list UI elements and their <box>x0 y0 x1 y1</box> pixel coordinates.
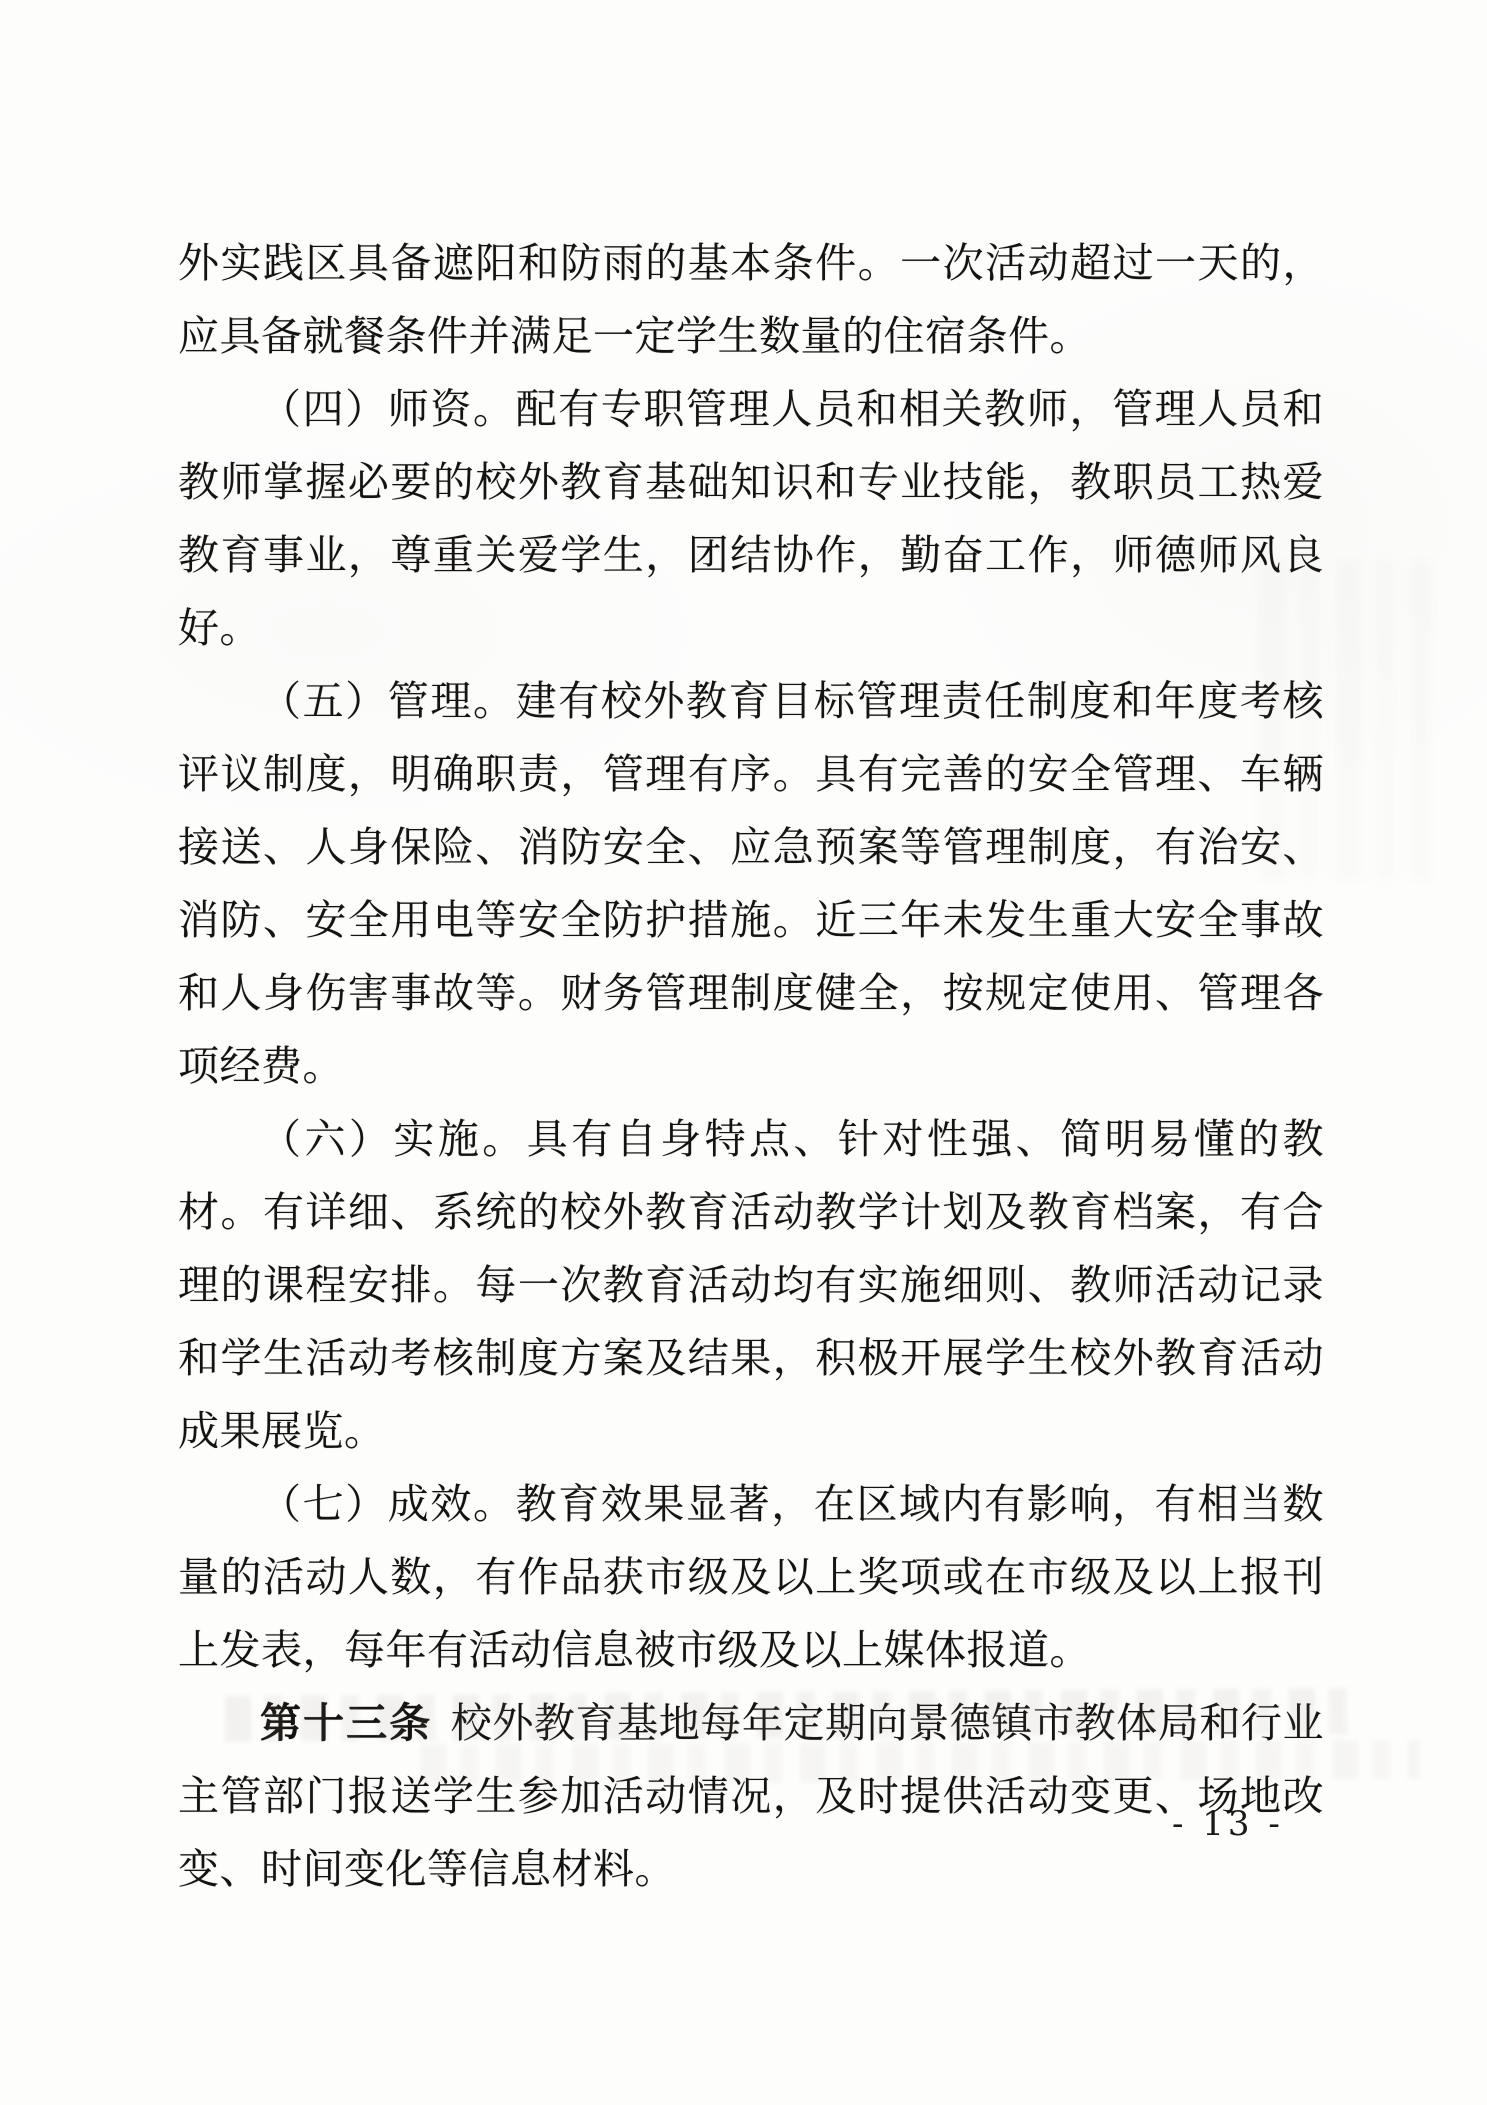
page-number: - 13 - <box>1172 1804 1284 1844</box>
paragraph-item-7-chengxiao: （七）成效。教育效果显著，在区域内有影响，有相当数量的活动人数，有作品获市级及以… <box>178 1468 1324 1687</box>
document-body: 外实践区具备遮阳和防雨的基本条件。一次活动超过一天的，应具备就餐条件并满足一定学… <box>178 227 1324 1906</box>
paragraph-item-4-shizi: （四）师资。配有专职管理人员和相关教师，管理人员和教师掌握必要的校外教育基础知识… <box>178 373 1324 665</box>
paragraph-item-6-shishi: （六）实施。具有自身特点、针对性强、简明易懂的教材。有详细、系统的校外教育活动教… <box>178 1103 1324 1468</box>
paragraph-continuation: 外实践区具备遮阳和防雨的基本条件。一次活动超过一天的，应具备就餐条件并满足一定学… <box>178 227 1324 373</box>
paragraph-article-13: 第十三条校外教育基地每年定期向景德镇市教体局和行业主管部门报送学生参加活动情况，… <box>178 1687 1324 1906</box>
paragraph-item-5-guanli: （五）管理。建有校外教育目标管理责任制度和年度考核评议制度，明确职责，管理有序。… <box>178 665 1324 1103</box>
article-13-number: 第十三条 <box>260 1699 432 1747</box>
document-page: 外实践区具备遮阳和防雨的基本条件。一次活动超过一天的，应具备就餐条件并满足一定学… <box>0 0 1487 2105</box>
